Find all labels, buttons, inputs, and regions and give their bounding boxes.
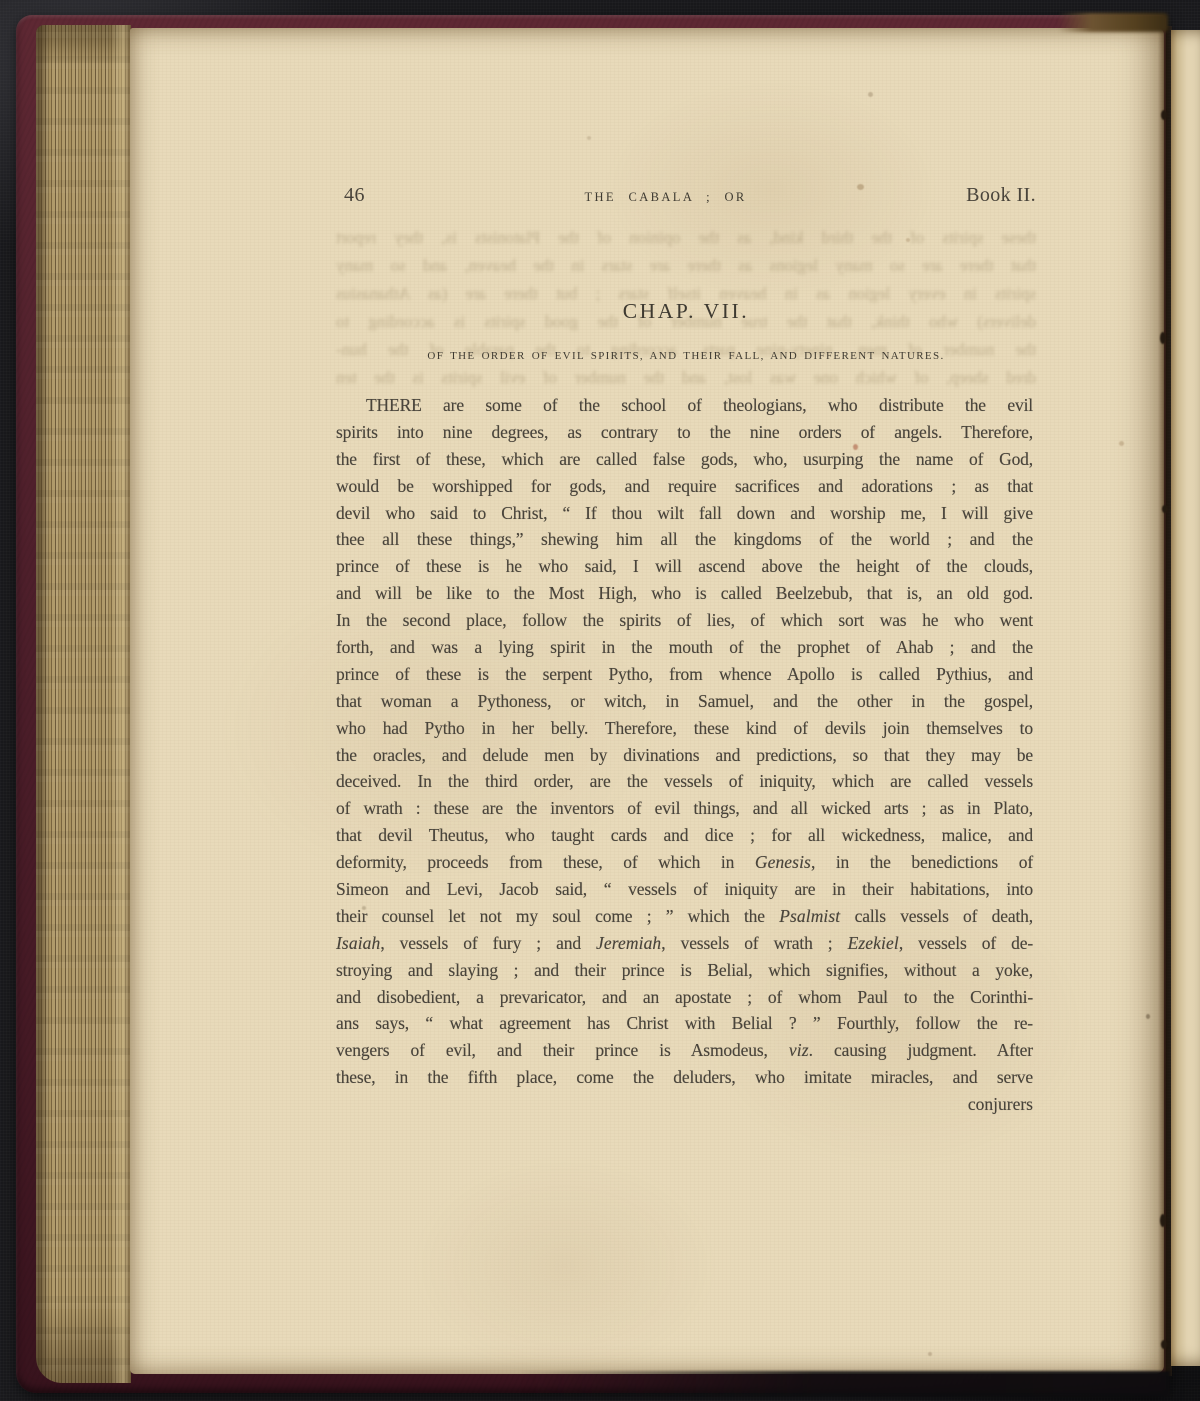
book-photograph: these spirits of the third kind, as the … <box>0 0 1200 1401</box>
gutter-nick <box>1161 1340 1167 1349</box>
chapter-heading: CHAP. VII. <box>336 299 1036 324</box>
body-line: devil who said to Christ, “ If thou wilt… <box>336 500 1033 527</box>
body-line: would be worshipped for gods, and requir… <box>336 473 1033 500</box>
page-header: 46 THE CABALA ; OR Book II. <box>336 184 1036 207</box>
catchword: conjurers <box>336 1091 1033 1118</box>
chapter-subtitle: OF THE ORDER OF EVIL SPIRITS, AND THEIR … <box>336 350 1036 362</box>
left-page: these spirits of the third kind, as the … <box>130 28 1164 1374</box>
gutter-nick <box>1160 1214 1166 1227</box>
body-line: prince of these is the serpent Pytho, fr… <box>336 661 1033 688</box>
body-line: spirits into nine degrees, as contrary t… <box>336 419 1033 446</box>
running-title: THE CABALA ; OR <box>584 190 746 205</box>
page-fore-edge-stack <box>36 25 131 1383</box>
body-line: ans says, “ what agreement has Christ wi… <box>336 1010 1033 1037</box>
body-line: deceived. In the third order, are the ve… <box>336 768 1033 795</box>
body-line: of wrath : these are the inventors of ev… <box>336 795 1033 822</box>
gutter-nick <box>1161 110 1167 120</box>
gutter-nick <box>1160 332 1166 344</box>
bottom-shadow <box>520 1371 1170 1397</box>
body-line: that devil Theutus, who taught cards and… <box>336 822 1033 849</box>
body-line: that woman a Pythoness, or witch, in Sam… <box>336 688 1033 715</box>
printed-matter: 46 THE CABALA ; OR Book II. CHAP. VII. O… <box>130 28 1164 1374</box>
body-text: THERE are some of the school of theologi… <box>336 392 1033 1091</box>
gutter-crease <box>1158 26 1172 1376</box>
spine-head-smudge <box>1058 13 1168 32</box>
body-line: deformity, proceeds from these, of which… <box>336 849 1033 876</box>
page-number: 46 <box>336 184 365 207</box>
body-line: forth, and was a lying spirit in the mou… <box>336 634 1033 661</box>
body-line: In the second place, follow the spirits … <box>336 607 1033 634</box>
body-line: their counsel let not my soul come ; ” w… <box>336 903 1033 930</box>
body-line: the first of these, which are called fal… <box>336 446 1033 473</box>
body-line: thee all these things,” shewing him all … <box>336 526 1033 553</box>
facing-page-edge <box>1171 30 1200 1366</box>
body-line: prince of these is he who said, I will a… <box>336 553 1033 580</box>
body-line: and will be like to the Most High, who i… <box>336 580 1033 607</box>
gutter-nick <box>1162 505 1168 513</box>
body-line: these, in the fifth place, come the delu… <box>336 1064 1033 1091</box>
body-line: who had Pytho in her belly. Therefore, t… <box>336 715 1033 742</box>
body-line: vengers of evil, and their prince is Asm… <box>336 1037 1033 1064</box>
body-line: Isaiah, vessels of fury ; and Jeremiah, … <box>336 930 1033 957</box>
body-line: and disobedient, a prevaricator, and an … <box>336 984 1033 1011</box>
body-line: Simeon and Levi, Jacob said, “ vessels o… <box>336 876 1033 903</box>
body-line: stroying and slaying ; and their prince … <box>336 957 1033 984</box>
body-line: the oracles, and delude men by divinatio… <box>336 742 1033 769</box>
body-line: THERE are some of the school of theologi… <box>336 392 1033 419</box>
book-part-label: Book II. <box>966 184 1036 207</box>
